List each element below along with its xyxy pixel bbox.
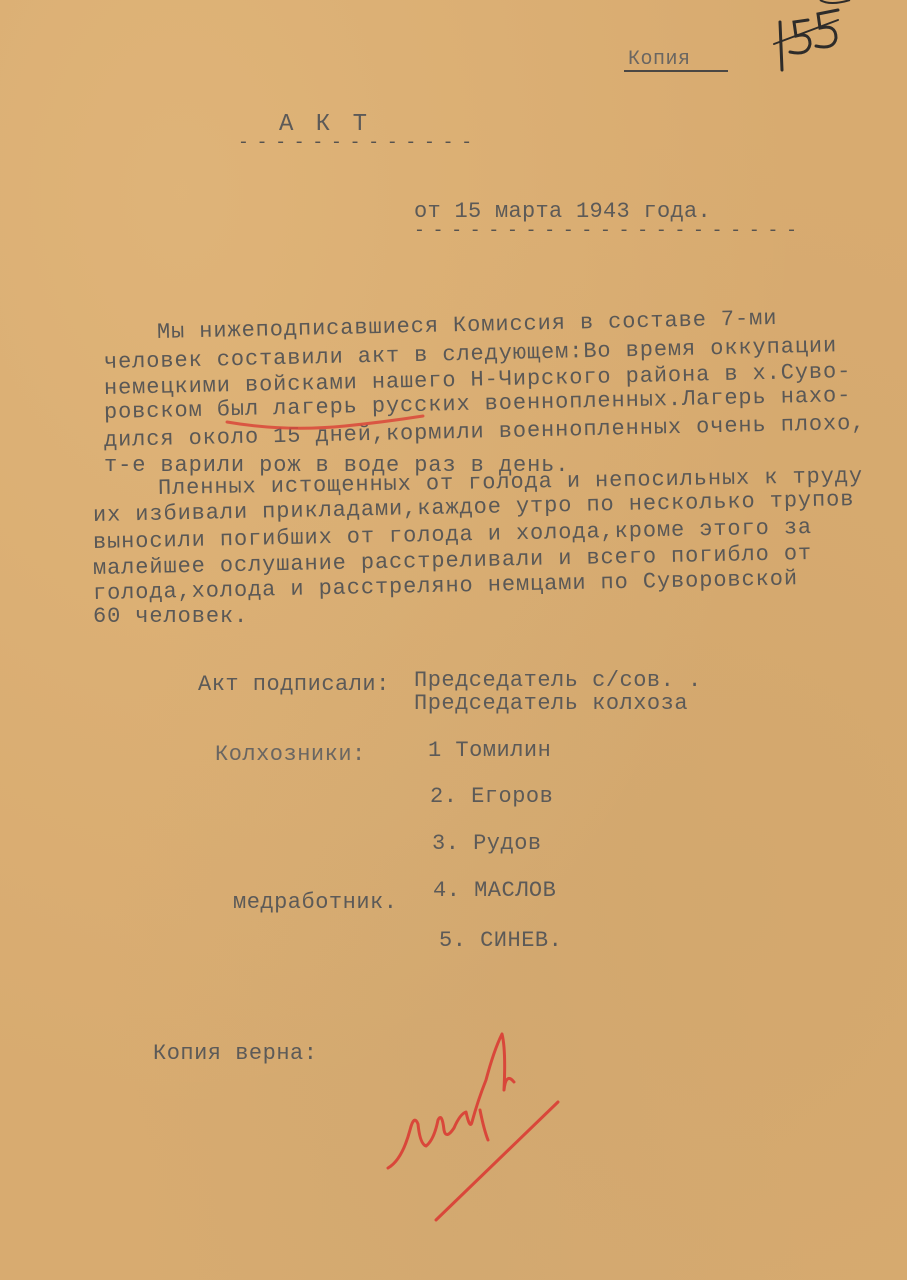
chairman-kolkhoz: Председатель колхоза [414, 693, 688, 715]
signed-label: Акт подписали: [198, 674, 390, 696]
red-pencil-underline [225, 410, 425, 440]
copy-label: Копия [628, 50, 691, 70]
body-line-12: 60 человек. [93, 606, 248, 628]
copy-label-underline [624, 70, 728, 72]
member-4: 4. МАСЛОВ [433, 880, 556, 902]
chairman-council: Председатель с/сов. . [414, 670, 702, 692]
copy-certified-label: Копия верна: [153, 1043, 317, 1065]
member-2: 2. Егоров [430, 786, 553, 808]
member-1: 1 Томилин [428, 740, 551, 762]
medworker-label: медработник. [233, 892, 397, 914]
document-date: от 15 марта 1943 года. [414, 201, 711, 223]
kolkhozniki-label: Колхозники: [215, 744, 366, 766]
title-underline: - - - - - - - - - - - - - [238, 134, 471, 152]
member-3: 3. Рудов [432, 833, 542, 855]
document-page: 155 Копия А К Т - - - - - - - - - - - - … [0, 0, 907, 1280]
date-underline: - - - - - - - - - - - - - - - - - - - - … [414, 222, 795, 240]
member-5: 5. СИНЕВ. [439, 930, 562, 952]
red-signature [380, 1020, 580, 1230]
page-number-handwritten [760, 0, 870, 80]
